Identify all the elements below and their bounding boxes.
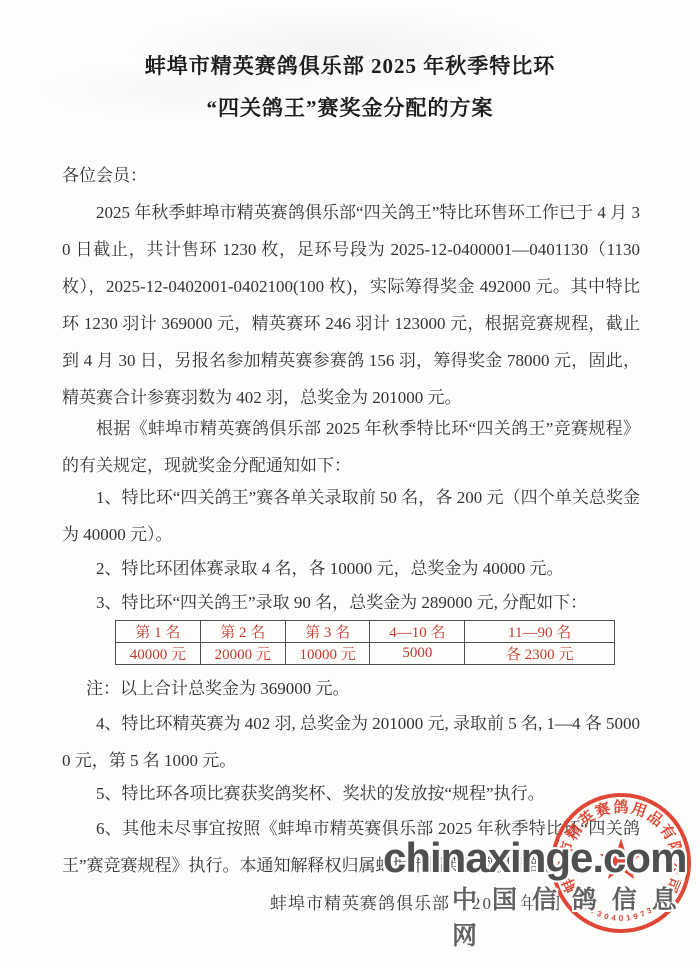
item-4: 4、特比环精英赛为 402 羽, 总奖金为 201000 元, 录取前 5 名,… <box>62 705 640 779</box>
watermark-site-name: 中 国 信 鸽 信 息 网 <box>452 880 700 952</box>
prize-amount-cell: 10000 元 <box>285 643 370 665</box>
table-note: 注：以上合计总奖金为 369000 元。 <box>62 670 664 707</box>
item-1: 1、特比环“四关鸽王”赛各单关录取前 50 名，各 200 元（四个单关总奖金为… <box>62 479 640 553</box>
prize-rank-header: 第 1 名 <box>116 621 201 643</box>
signature-club-name: 蚌埠市精英赛鸽俱乐部 <box>270 889 450 914</box>
item-2: 2、特比环团体赛录取 4 名，各 10000 元，总奖金为 40000 元。 <box>62 550 640 587</box>
prize-amount-cell: 各 2300 元 <box>465 643 615 665</box>
prize-rank-header: 第 3 名 <box>285 621 370 643</box>
watermark-site-url: chinaxinge.com <box>383 834 686 882</box>
prize-amount-cell: 20000 元 <box>200 643 285 665</box>
paragraph-1: 2025 年秋季蚌埠市精英赛鸽俱乐部“四关鸽王”特比环售环工作已于 4 月 30… <box>62 194 640 416</box>
prize-amount-cell: 40000 元 <box>116 643 201 665</box>
item-3: 3、特比环“四关鸽王”录取 90 名，总奖金为 289000 元, 分配如下： <box>62 584 640 621</box>
prize-table-header-row: 第 1 名 第 2 名 第 3 名 4—10 名 11—90 名 <box>116 621 615 643</box>
prize-table-value-row: 40000 元 20000 元 10000 元 5000 各 2300 元 <box>116 643 615 665</box>
document-page: 蚌埠市精英赛鸽俱乐部 2025 年秋季特比环 “四关鸽王”赛奖金分配的方案 各位… <box>0 0 700 963</box>
prize-table: 第 1 名 第 2 名 第 3 名 4—10 名 11—90 名 40000 元… <box>115 620 615 665</box>
paragraph-2: 根据《蚌埠市精英赛鸽俱乐部 2025 年秋季特比环“四关鸽王”竞赛规程》的有关规… <box>62 410 640 484</box>
prize-rank-header: 11—90 名 <box>465 621 615 643</box>
prize-amount-cell: 5000 <box>370 643 465 665</box>
page-title-line-2: “四关鸽王”赛奖金分配的方案 <box>0 92 700 122</box>
page-title-line-1: 蚌埠市精英赛鸽俱乐部 2025 年秋季特比环 <box>0 50 700 80</box>
prize-rank-header: 第 2 名 <box>200 621 285 643</box>
prize-rank-header: 4—10 名 <box>370 621 465 643</box>
salutation: 各位会员： <box>62 157 640 194</box>
